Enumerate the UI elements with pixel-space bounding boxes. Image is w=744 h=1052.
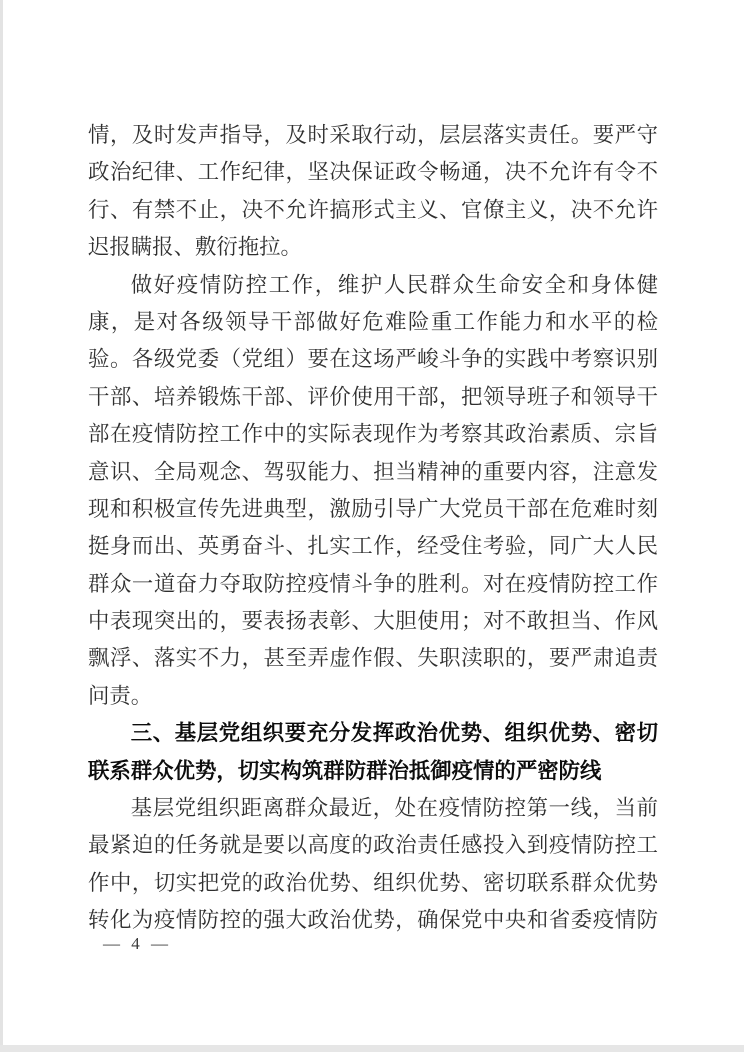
text-line: 迟报瞒报、敷衍拖拉。 (88, 229, 658, 266)
text-line: 作中，切实把党的政治优势、组织优势、密切联系群众优势 (88, 865, 658, 902)
text-line: 现和积极宣传先进典型，激励引导广大党员干部在危难时刻 (88, 491, 658, 528)
document-page: 情，及时发声指导，及时采取行动，层层落实责任。要严守 政治纪律、工作纪律，坚决保… (0, 0, 744, 1052)
text-line: 做好疫情防控工作，维护人民群众生命安全和身体健 (88, 267, 658, 304)
text-line: 最紧迫的任务就是要以高度的政治责任感投入到疫情防控工 (88, 827, 658, 864)
text-line: 问责。 (88, 678, 658, 715)
text-line: 干部、培养锻炼干部、评价使用干部，把领导班子和领导干 (88, 379, 658, 416)
page-bottom-edge (0, 1045, 744, 1052)
text-line: 中表现突出的，要表扬表彰、大胆使用；对不敢担当、作风 (88, 603, 658, 640)
text-line: 部在疫情防控工作中的实际表现作为考察其政治素质、宗旨 (88, 416, 658, 453)
section-heading-line: 三、基层党组织要充分发挥政治优势、组织优势、密切 (88, 715, 658, 752)
text-line: 康，是对各级领导干部做好危难险重工作能力和水平的检 (88, 304, 658, 341)
text-line: 政治纪律、工作纪律，坚决保证政令畅通，决不允许有令不 (88, 154, 658, 191)
page-left-edge (0, 0, 3, 1052)
page-number: — 4 — (103, 934, 168, 954)
text-line: 行、有禁不止，决不允许搞形式主义、官僚主义，决不允许 (88, 192, 658, 229)
text-line: 群众一道奋力夺取防控疫情斗争的胜利。对在疫情防控工作 (88, 566, 658, 603)
text-line: 意识、全局观念、驾驭能力、担当精神的重要内容，注意发 (88, 454, 658, 491)
text-line: 挺身而出、英勇奋斗、扎实工作，经受住考验，同广大人民 (88, 528, 658, 565)
text-line: 验。各级党委（党组）要在这场严峻斗争的实践中考察识别 (88, 341, 658, 378)
section-heading-line: 联系群众优势，切实构筑群防群治抵御疫情的严密防线 (88, 753, 658, 790)
document-body: 情，及时发声指导，及时采取行动，层层落实责任。要严守 政治纪律、工作纪律，坚决保… (88, 117, 658, 940)
text-line: 情，及时发声指导，及时采取行动，层层落实责任。要严守 (88, 117, 658, 154)
text-line: 转化为疫情防控的强大政治优势，确保党中央和省委疫情防 (88, 902, 658, 939)
text-line: 基层党组织距离群众最近，处在疫情防控第一线，当前 (88, 790, 658, 827)
text-line: 飘浮、落实不力，甚至弄虚作假、失职渎职的，要严肃追责 (88, 640, 658, 677)
